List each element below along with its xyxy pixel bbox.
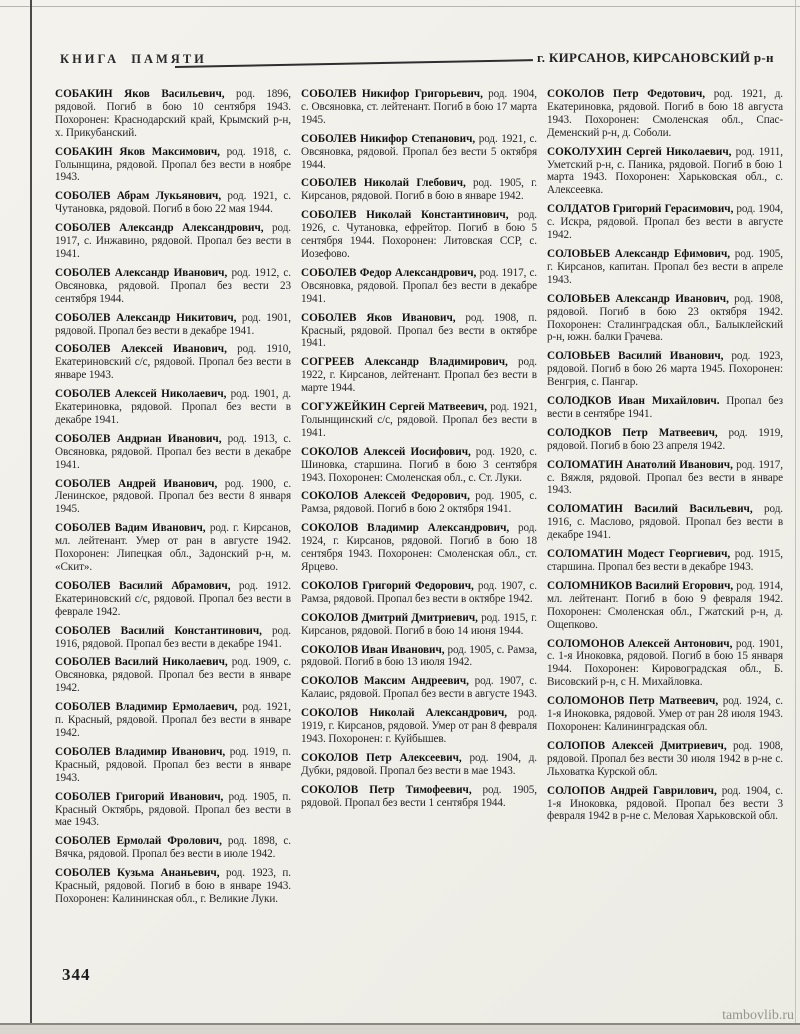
memorial-entry: СОБОЛЕВ Никифор Григорьевич, род. 1904, … [301,88,537,127]
memorial-entry: СОКОЛОВ Алексей Иосифович, род. 1920, с.… [301,446,537,485]
memorial-entry: СОЛОДКОВ Иван Михайлович. Пропал без вес… [547,395,783,421]
entry-person-name: СОЛОМАТИН Василий Васильевич, [547,503,753,515]
memorial-entry: СОЛОПОВ Алексей Дмитриевич, род. 1908, р… [547,740,783,779]
memorial-entry: СОЛОМОНОВ Петр Матвеевич, род. 1924, с. … [547,695,783,734]
memorial-entry: СОКОЛОВ Григорий Федорович, род. 1907, с… [301,580,537,606]
entry-person-name: СОБОЛЕВ Александр Иванович, [55,267,227,279]
memorial-entry: СОКОЛОВ Максим Андреевич, род. 1907, с. … [301,675,537,701]
memorial-entry: СОБОЛЕВ Вадим Иванович, род. г. Кирсанов… [55,522,291,574]
entry-person-name: СОЛДАТОВ Григорий Герасимович, [547,203,733,215]
entry-person-name: СОЛОМНИКОВ Василий Егорович, [547,580,733,592]
entry-person-name: СОБОЛЕВ Никифор Григорьевич, [301,88,483,100]
entry-person-name: СОКОЛОВ Дмитрий Дмитриевич, [301,612,478,624]
entry-person-name: СОБОЛЕВ Владимир Иванович, [55,746,225,758]
entry-person-name: СОБОЛЕВ Александр Никитович, [55,312,236,324]
memorial-entry: СОЛОМАТИН Модест Георгиевич, род. 1915, … [547,548,783,574]
scan-right-edge-line [795,0,796,1034]
entry-person-name: СОБОЛЕВ Никифор Степанович, [301,133,475,145]
entry-person-name: СОЛОМОНОВ Петр Матвеевич, [547,695,718,707]
entry-person-name: СОБОЛЕВ Григорий Иванович, [55,791,223,803]
memorial-entry: СОЛОМАТИН Василий Васильевич, род. 1916,… [547,503,783,542]
memorial-entry: СОБОЛЕВ Алексей Николаевич, род. 1901, д… [55,388,291,427]
entry-person-name: СОБОЛЕВ Яков Иванович, [301,312,456,324]
entry-person-name: СОГРЕЕВ Александр Владимирович, [301,356,508,368]
column-1: СОБАКИН Яков Васильевич, род. 1896, рядо… [55,88,291,988]
entry-person-name: СОБОЛЕВ Владимир Ермолаевич, [55,701,237,713]
memorial-entry: СОЛОМОНОВ Алексей Антонович, род. 1901, … [547,638,783,690]
entry-person-name: СОЛОМАТИН Модест Георгиевич, [547,548,730,560]
entry-person-name: СОЛОПОВ Алексей Дмитриевич, [547,740,727,752]
memorial-entry: СОЛОДКОВ Петр Матвеевич, род. 1919, рядо… [547,427,783,453]
district-title: г. КИРСАНОВ, КИРСАНОВСКИЙ р-н [537,50,777,66]
entry-person-name: СОЛОПОВ Андрей Гаврилович, [547,785,717,797]
library-watermark: tambovlib.ru [722,1008,794,1024]
entry-person-name: СОКОЛОВ Алексей Федорович, [301,490,470,502]
memorial-entry: СОБОЛЕВ Василий Николаевич, род. 1909, с… [55,656,291,695]
memorial-entry: СОБОЛЕВ Федор Александрович, род. 1917, … [301,267,537,306]
memorial-entry: СОКОЛОВ Алексей Федорович, род. 1905, с.… [301,490,537,516]
entry-person-name: СОБОЛЕВ Василий Николаевич, [55,656,228,668]
memorial-entry: СОБОЛЕВ Александр Никитович, род. 1901, … [55,312,291,338]
column-3: СОКОЛОВ Петр Федотович, род. 1921, д. Ек… [547,88,783,988]
entry-person-name: СОКОЛОВ Иван Иванович, [301,644,445,656]
entry-person-name: СОКОЛОВ Петр Алексеевич, [301,752,462,764]
scanned-book-page: КНИГА ПАМЯТИ г. КИРСАНОВ, КИРСАНОВСКИЙ р… [0,0,800,1034]
entry-person-name: СОКОЛОВ Максим Андреевич, [301,675,469,687]
memorial-entry: СОЛОМАТИН Анатолий Иванович, род. 1917, … [547,459,783,498]
entry-person-name: СОКОЛОВ Владимир Александрович, [301,522,509,534]
memorial-entry: СОБОЛЕВ Владимир Ермолаевич, род. 1921, … [55,701,291,740]
memorial-entry: СОБАКИН Яков Васильевич, род. 1896, рядо… [55,88,291,140]
memorial-entry: СОКОЛОВ Петр Федотович, род. 1921, д. Ек… [547,88,783,140]
entry-person-name: СОКОЛОВ Петр Тимофеевич, [301,784,472,796]
memorial-entry: СОКОЛОВ Иван Иванович, род. 1905, с. Рам… [301,644,537,670]
memorial-entry: СОЛОПОВ Андрей Гаврилович, род. 1904, с.… [547,785,783,824]
entry-person-name: СОБОЛЕВ Кузьма Ананьевич, [55,867,220,879]
entry-person-name: СОБОЛЕВ Александр Александрович, [55,222,264,234]
entry-person-name: СОКОЛУХИН Сергей Николаевич, [547,146,731,158]
memorial-entry: СОБОЛЕВ Абрам Лукьянович, род. 1921, с. … [55,190,291,216]
entry-person-name: СОБОЛЕВ Ермолай Фролович, [55,835,222,847]
memorial-entry: СОКОЛОВ Владимир Александрович, род. 192… [301,522,537,574]
scan-left-edge-line [30,0,32,1034]
memorial-entry: СОБОЛЕВ Алексей Иванович, род. 1910, Ека… [55,343,291,382]
memorial-entry: СОБОЛЕВ Василий Абрамович, род. 1912. Ек… [55,580,291,619]
scan-bottom-band [0,1025,800,1034]
memorial-entry: СОЛДАТОВ Григорий Герасимович, род. 1904… [547,203,783,242]
memorial-entry: СОБОЛЕВ Василий Константинович, род. 191… [55,625,291,651]
entry-person-name: СОБОЛЕВ Василий Константинович, [55,625,262,637]
entry-person-name: СОКОЛОВ Николай Александрович, [301,707,507,719]
scan-top-edge-line [0,6,800,7]
column-2: СОБОЛЕВ Никифор Григорьевич, род. 1904, … [301,88,537,988]
entry-person-name: СОБОЛЕВ Алексей Иванович, [55,343,227,355]
entry-person-name: СОБОЛЕВ Николай Константинович, [301,209,509,221]
entry-person-name: СОЛОВЬЕВ Александр Ефимович, [547,248,730,260]
entry-person-name: СОБОЛЕВ Вадим Иванович, [55,522,206,534]
memorial-entry: СОБОЛЕВ Александр Иванович, род. 1912, с… [55,267,291,306]
entry-person-name: СОЛОМОНОВ Алексей Антонович, [547,638,732,650]
memorial-entry: СОБОЛЕВ Ермолай Фролович, род. 1898, с. … [55,835,291,861]
memorial-entry: СОКОЛОВ Дмитрий Дмитриевич, род. 1915, г… [301,612,537,638]
memorial-entry: СОКОЛОВ Петр Алексеевич, род. 1904, д. Д… [301,752,537,778]
entry-person-name: СОЛОВЬЕВ Василий Иванович, [547,350,723,362]
entry-person-name: СОБАКИН Яков Васильевич, [55,88,225,100]
entry-person-name: СОБОЛЕВ Андриан Иванович, [55,433,222,445]
memorial-entry: СОБОЛЕВ Григорий Иванович, род. 1905, п.… [55,791,291,830]
entry-person-name: СОКОЛОВ Алексей Иосифович, [301,446,471,458]
entry-person-name: СОЛОВЬЕВ Александр Иванович, [547,293,729,305]
memorial-entry: СОЛОВЬЕВ Александр Иванович, род. 1908, … [547,293,783,345]
memorial-entry: СОЛОВЬЕВ Александр Ефимович, род. 1905, … [547,248,783,287]
book-title: КНИГА ПАМЯТИ [60,52,207,67]
memorial-entry: СОБОЛЕВ Владимир Иванович, род. 1919, п.… [55,746,291,785]
entries-area: СОБАКИН Яков Васильевич, род. 1896, рядо… [55,88,773,988]
entry-person-name: СОЛОДКОВ Иван Михайлович. [547,395,720,407]
entry-person-name: СОКОЛОВ Григорий Федорович, [301,580,474,592]
memorial-entry: СОБОЛЕВ Николай Глебович, род. 1905, г. … [301,177,537,203]
memorial-entry: СОГРЕЕВ Александр Владимирович, род. 192… [301,356,537,395]
memorial-entry: СОБОЛЕВ Никифор Степанович, род. 1921, с… [301,133,537,172]
entry-person-name: СОБОЛЕВ Николай Глебович, [301,177,466,189]
memorial-entry: СОБАКИН Яков Максимович, род. 1918, с. Г… [55,146,291,185]
memorial-entry: СОКОЛОВ Николай Александрович, род. 1919… [301,707,537,746]
entry-person-name: СОБОЛЕВ Алексей Николаевич, [55,388,226,400]
page-number: 344 [62,965,91,985]
entry-person-name: СОЛОДКОВ Петр Матвеевич, [547,427,718,439]
entry-person-name: СОБОЛЕВ Федор Александрович, [301,267,476,279]
memorial-entry: СОБОЛЕВ Андриан Иванович, род. 1913, с. … [55,433,291,472]
entry-person-name: СОБОЛЕВ Василий Абрамович, [55,580,231,592]
memorial-entry: СОБОЛЕВ Андрей Иванович, род. 1900, с. Л… [55,478,291,517]
memorial-entry: СОГУЖЕЙКИН Сергей Матвеевич, род. 1921, … [301,401,537,440]
memorial-entry: СОЛОМНИКОВ Василий Егорович, род. 1914, … [547,580,783,632]
entry-person-name: СОБОЛЕВ Абрам Лукьянович, [55,190,221,202]
entry-person-name: СОКОЛОВ Петр Федотович, [547,88,705,100]
memorial-entry: СОКОЛОВ Петр Тимофеевич, род. 1905, рядо… [301,784,537,810]
memorial-entry: СОКОЛУХИН Сергей Николаевич, род. 1911, … [547,146,783,198]
memorial-entry: СОБОЛЕВ Яков Иванович, род. 1908, п. Кра… [301,312,537,351]
memorial-entry: СОБОЛЕВ Кузьма Ананьевич, род. 1923, п. … [55,867,291,906]
header-rule [175,59,533,67]
memorial-entry: СОБОЛЕВ Николай Константинович, род. 192… [301,209,537,261]
entry-person-name: СОБОЛЕВ Андрей Иванович, [55,478,217,490]
memorial-entry: СОБОЛЕВ Александр Александрович, род. 19… [55,222,291,261]
entry-person-name: СОЛОМАТИН Анатолий Иванович, [547,459,733,471]
entry-person-name: СОГУЖЕЙКИН Сергей Матвеевич, [301,401,487,413]
memorial-entry: СОЛОВЬЕВ Василий Иванович, род. 1923, ря… [547,350,783,389]
entry-person-name: СОБАКИН Яков Максимович, [55,146,220,158]
